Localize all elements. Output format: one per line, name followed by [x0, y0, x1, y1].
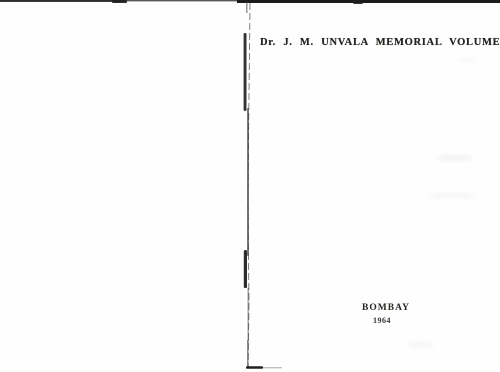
gutter-lower-thin [248, 288, 249, 342]
gutter-mid-segment [247, 108, 249, 256]
book-title: Dr. J. M. UNVALA MEMORIAL VOLUME [260, 37, 492, 48]
corner-vertical-dash [247, 340, 248, 367]
scanned-book-spread: Dr. J. M. UNVALA MEMORIAL VOLUME BOMBAY … [0, 0, 500, 372]
top-edge-tick [246, 2, 247, 13]
scan-ghosting-smudge [430, 193, 474, 198]
scan-ghosting-smudge [408, 342, 434, 347]
scan-ghosting-smudge [458, 58, 476, 62]
imprint-city: BOMBAY [262, 303, 500, 313]
scan-ghosting-smudge [438, 155, 472, 161]
imprint-year: 1964 [258, 316, 500, 325]
left-page-blank [0, 0, 246, 372]
